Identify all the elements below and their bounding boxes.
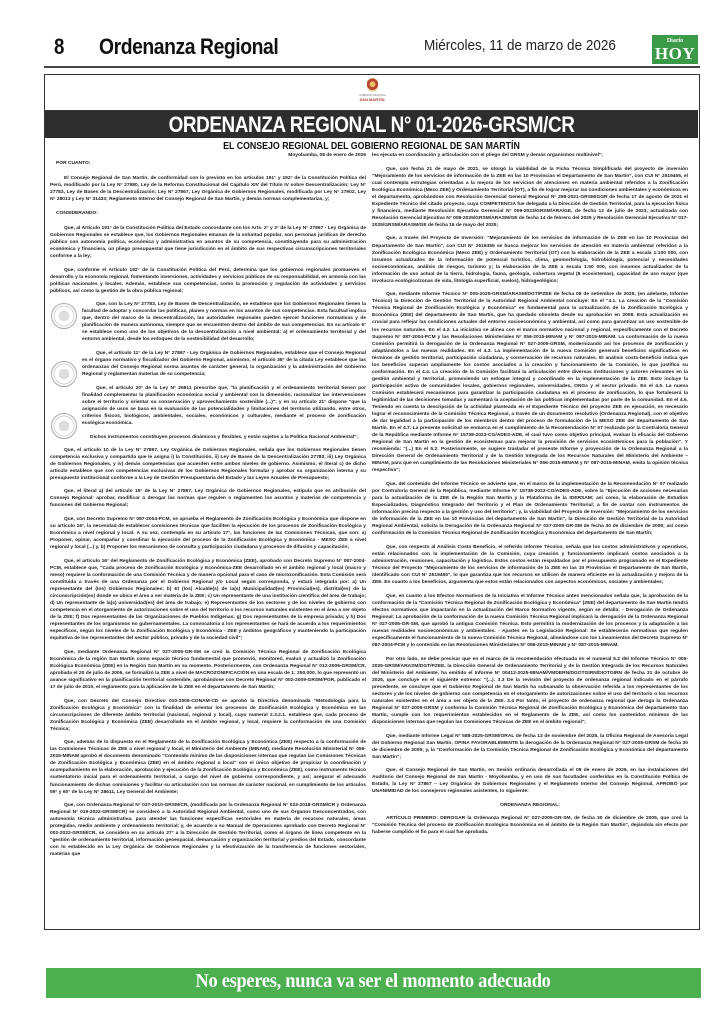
crest-icon xyxy=(367,78,378,92)
seal-stamp-icon xyxy=(51,303,77,329)
seal-stamp-icon xyxy=(51,361,77,387)
newspaper-logo: Diario HOY xyxy=(652,35,698,64)
ordinance-notice: GOBIERNO REGIONAL SAN MARTÍN ORDENANZA R… xyxy=(44,74,700,930)
paragraph: Que, con la Ley N° 27783, Ley de Bases d… xyxy=(82,301,366,343)
sealed-block: Que, con la Ley N° 27783, Ley de Bases d… xyxy=(50,301,366,440)
footer-slogan: No esperes, nunca va ser el momento adec… xyxy=(196,968,551,994)
right-column: les ejecuta en coordinación y articulaci… xyxy=(372,152,688,843)
paragraph: Que, mediante Ordenanza Regional N° 027-… xyxy=(50,649,366,691)
paragraph: Que, al Artículo 191° de la Constitución… xyxy=(50,225,366,260)
ordinance-title: ORDENANZA REGIONAL N° 01-2026-GRSM/CR xyxy=(91,111,653,138)
paragraph: Que, el artículo 20° de la Ley N° 26811 … xyxy=(82,385,366,427)
paragraph: Que, además de lo dispuesto en el Reglam… xyxy=(50,739,366,795)
ordinance-subtitle: EL CONSEJO REGIONAL DEL GOBIERNO REGIONA… xyxy=(84,141,659,152)
paragraph: Que, mediante Informe Legal N° 588-2025-… xyxy=(372,733,688,761)
paragraph: Que, con Ordenanza Regional N° 037-2010-… xyxy=(50,802,366,858)
header-divider xyxy=(44,66,700,68)
paragraph: Que, a través del Proyecto de Inversión:… xyxy=(372,235,688,284)
paragraph: Que, el artículo 16° del Reglamento de Z… xyxy=(50,558,366,643)
city-date: Moyobamba, 08 de enero de 2026 xyxy=(50,152,366,159)
ordenanza-heading: ORDENANZA REGIONAL: xyxy=(372,802,688,809)
considerando-heading: CONSIDERANDO: xyxy=(50,210,366,217)
title-band: ORDENANZA REGIONAL N° 01-2026-GRSM/CR xyxy=(45,111,698,138)
paragraph: Que, con Decreto del Consejo Directivo 0… xyxy=(50,698,366,733)
logo-caption-bottom: SAN MARTÍN xyxy=(359,97,385,102)
section-title: Ordenanza Regional xyxy=(99,34,278,60)
regional-government-logo: GOBIERNO REGIONAL SAN MARTÍN xyxy=(359,78,385,102)
paragraph: Que, con respecto al Análisis Costo Bene… xyxy=(372,544,688,586)
paragraph: Que, el artículo 10 de la Ley N° 27867, … xyxy=(50,447,366,482)
paragraph: Que, el artículo 11° de la Ley N° 27867 … xyxy=(82,350,366,378)
paragraph: Por otro lado, se debe precisar que en e… xyxy=(372,656,688,726)
paragraph: Dichos instrumentos constituyen procesos… xyxy=(82,434,366,441)
footer-slogan-banner: No esperes, nunca va ser el momento adec… xyxy=(46,968,701,998)
publication-date: Miércoles, 11 de marzo de 2026 xyxy=(424,37,616,54)
paragraph: Que, mediante Informe Técnico N° 005-202… xyxy=(372,291,688,474)
left-column: Moyobamba, 08 de enero de 2026 POR CUANT… xyxy=(50,152,366,865)
logo-band: GOBIERNO REGIONAL SAN MARTÍN xyxy=(45,75,698,111)
paragraph: Que, con Decreto Supremo N° 087-2004-PCM… xyxy=(50,516,366,551)
paragraph: les ejecuta en coordinación y articulaci… xyxy=(372,152,688,159)
paragraph: Que, con fecha 21 de mayo de 2021, se ot… xyxy=(372,166,688,229)
page-number: 8 xyxy=(54,34,64,60)
seal-stamp-icon xyxy=(51,413,77,439)
page-header: 8 Ordenanza Regional Miércoles, 11 de ma… xyxy=(44,30,699,64)
brand-big-text: HOY xyxy=(652,45,698,62)
paragraph: Que, del contenido del Informe Técnico s… xyxy=(372,481,688,537)
paragraph: Que, el literal a) del artículo 15° de l… xyxy=(50,488,366,509)
por-cuanto-heading: POR CUANTO: xyxy=(50,160,366,167)
articulo-primero: ARTÍCULO PRIMERO: DEROGAR la Ordenanza R… xyxy=(372,815,688,836)
paragraph: Que, en cuanto a los Efectos Normativos … xyxy=(372,593,688,649)
paragraph: El Consejo Regional de San Martín, de co… xyxy=(50,175,366,203)
paragraph: Que, conforme el Artículo 192° de la Con… xyxy=(50,267,366,295)
paragraph: Que, el Consejo Regional de San Martín, … xyxy=(372,767,688,795)
